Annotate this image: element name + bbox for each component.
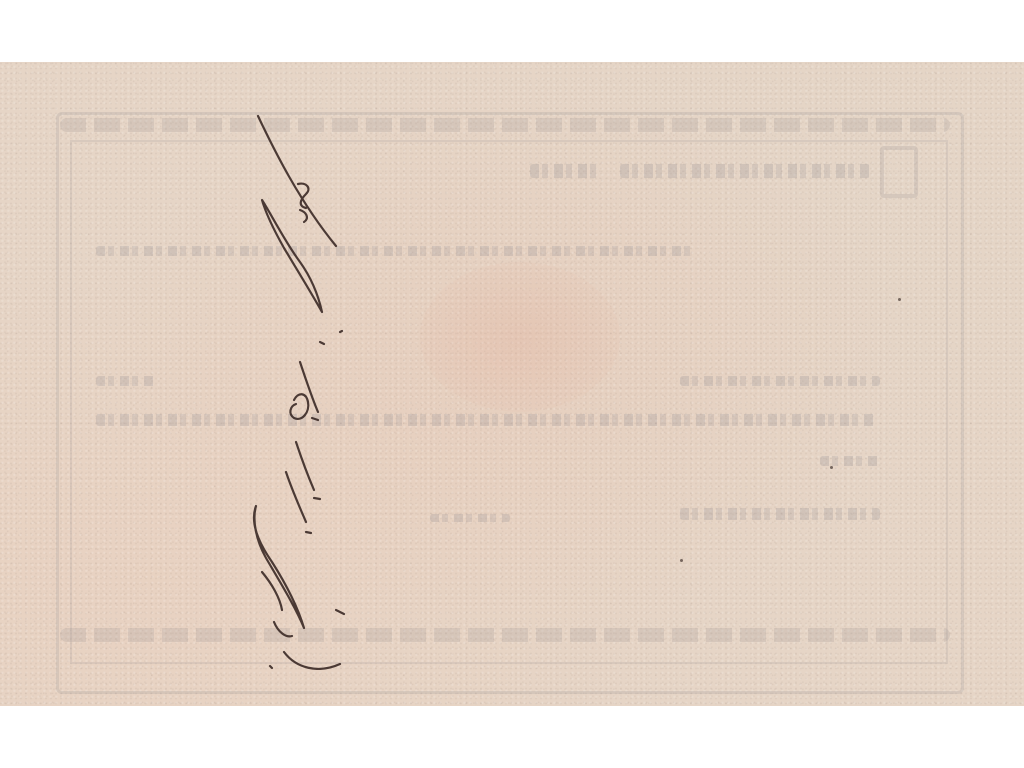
bleed-through-text-line (96, 246, 696, 256)
bleed-through-text-line (430, 514, 510, 522)
bleed-through-text-line (96, 376, 156, 386)
scanned-document (0, 0, 1024, 768)
bleed-through-text-line (680, 376, 880, 386)
bleed-through-text-line (820, 456, 880, 466)
paper-sheet (0, 62, 1024, 706)
bleed-through-ornament-top (60, 118, 950, 132)
bleed-through-text-line (680, 508, 880, 520)
bleed-through-text-line (620, 164, 870, 178)
ink-speck (680, 559, 683, 562)
ink-speck (898, 298, 901, 301)
bleed-through-text-line (96, 414, 876, 426)
bleed-through-ornament-bottom (60, 628, 950, 642)
paper-stain (420, 262, 620, 412)
ink-speck (830, 466, 833, 469)
bleed-through-text-line (530, 164, 600, 178)
bleed-through-large-glyph (880, 146, 918, 198)
